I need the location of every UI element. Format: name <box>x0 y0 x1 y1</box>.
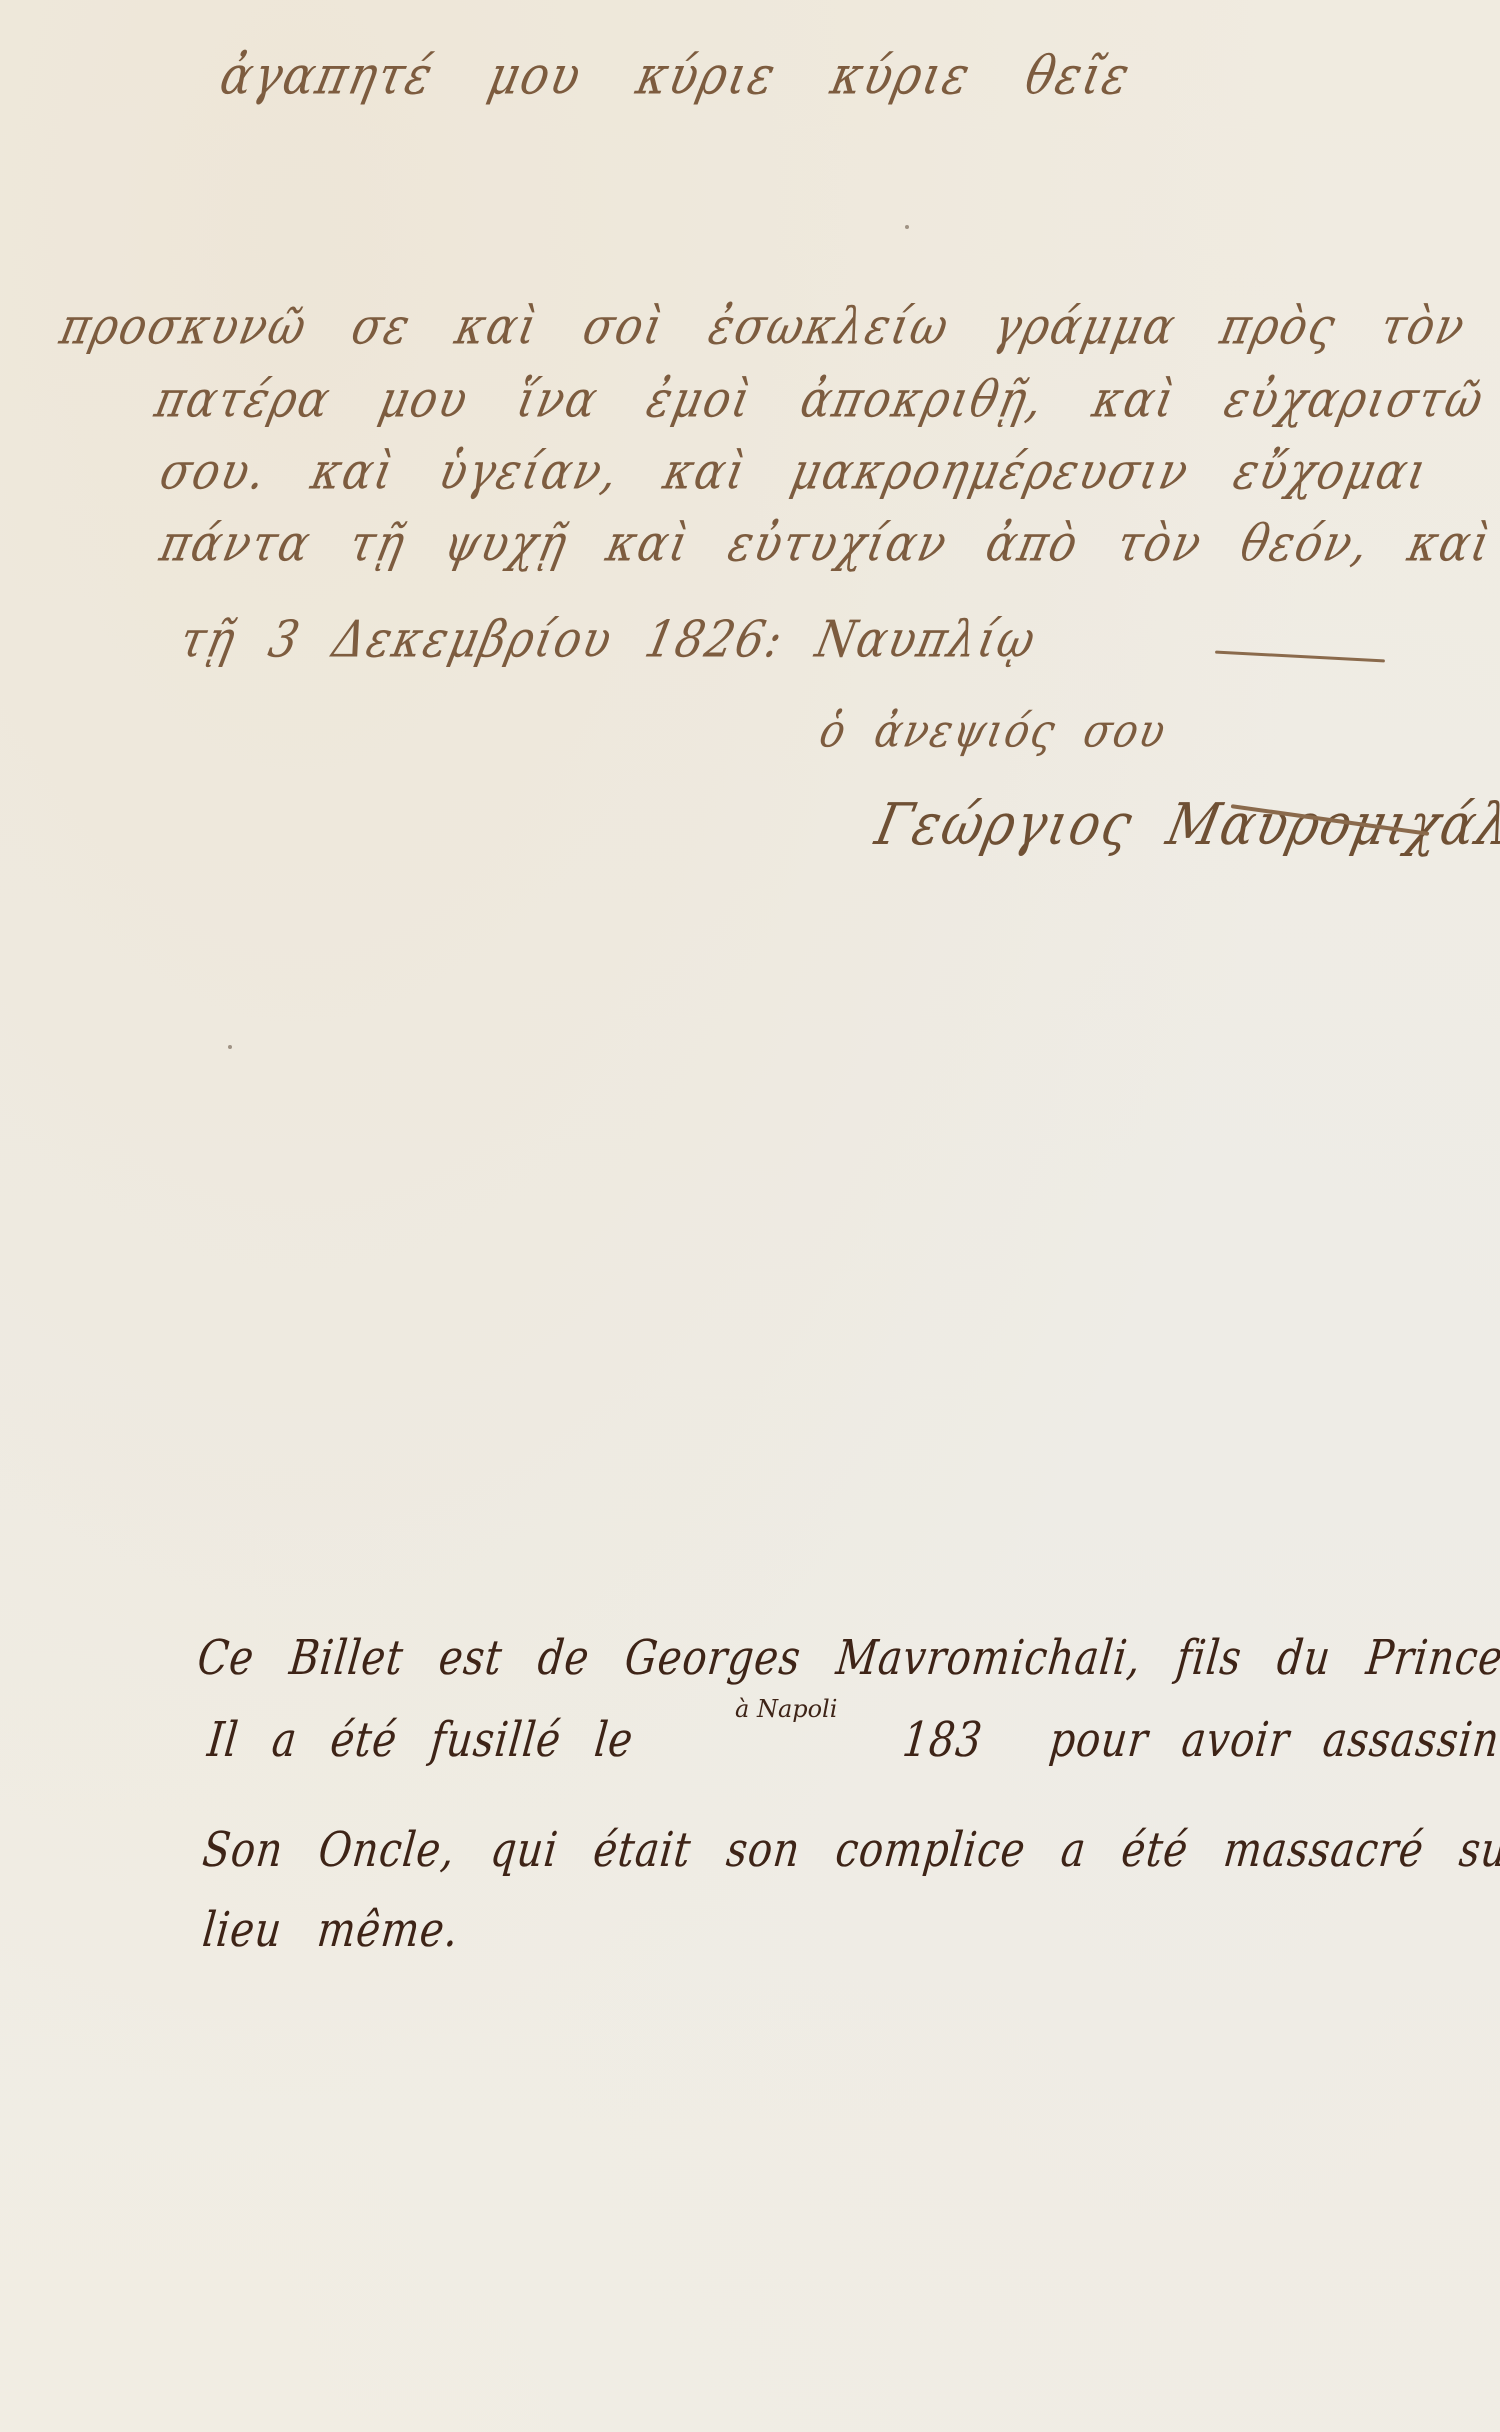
annotation-line-3: Son Oncle, qui était son complice a été … <box>200 1823 1500 1878</box>
letter-body-line-3: σου. καὶ ὑγείαν, καὶ μακροημέρευσιν εὔχο… <box>155 442 1434 501</box>
letter-signature: Γεώργιος Μαυρομιχάλης <box>870 791 1500 858</box>
letter-body-line-1: προσκυνῶ σε καὶ σοὶ ἐσωκλείω γράμμα πρὸς… <box>55 297 1471 356</box>
letter-salutation: ἀγαπητέ μου κύριε κύριε θεῖε <box>215 44 1137 106</box>
letter-closing: ὁ ἀνεψιός σου <box>815 705 1172 758</box>
letter-date-line: τῇ 3 Δεκεμβρίου 1826: Ναυπλίῳ <box>175 610 1042 669</box>
annotation-line-1: Ce Billet est de Georges Mavromichali, f… <box>195 1631 1500 1686</box>
paper-speck <box>905 225 909 229</box>
date-flourish <box>1215 651 1385 663</box>
paper-speck <box>228 1045 232 1049</box>
annotation-line-4: lieu même. <box>200 1903 461 1958</box>
letter-page: ἀγαπητέ μου κύριε κύριε θεῖε προσκυνῶ σε… <box>0 0 1500 2432</box>
annotation-line-2: Il a été fusillé le 183 pour avoir assas… <box>205 1713 1500 1768</box>
letter-body-line-4: πάντα τῇ ψυχῇ καὶ εὐτυχίαν ἀπὸ τὸν θεόν,… <box>155 514 1500 573</box>
letter-body-line-2: πατέρα μου ἵνα ἐμοὶ ἀποκριθῇ, καὶ εὐχαρι… <box>150 370 1490 429</box>
